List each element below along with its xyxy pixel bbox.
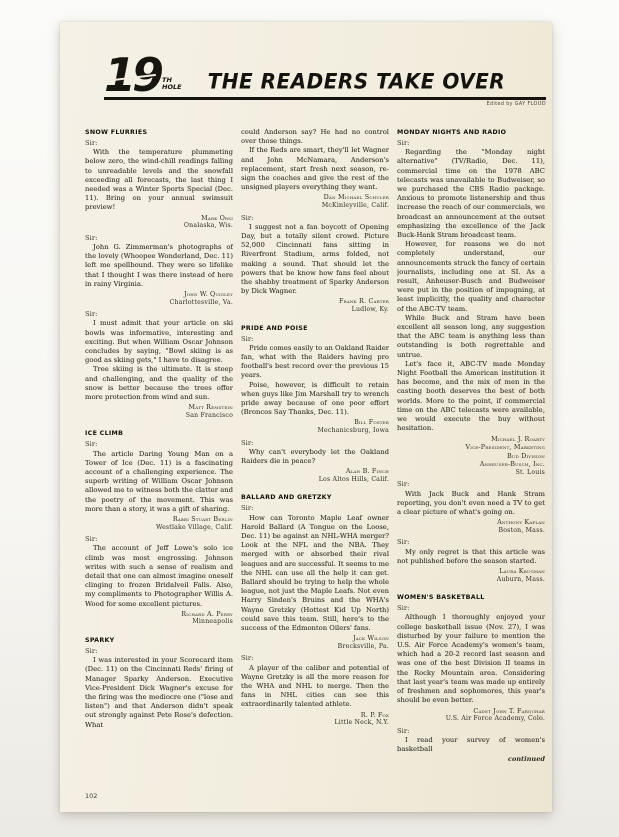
page-number: 102 [85,792,97,800]
section-heading: WOMEN'S BASKETBALL [397,594,545,601]
nineteenth-hole-logo: 19 [104,56,160,94]
letter-paragraph: My only regret is that this article was … [397,548,545,566]
signature-line: Matt Remstein [85,403,233,412]
letter-paragraph: could Anderson say? He had no control ov… [241,128,389,146]
signature: John W. QuigleyCharlottesville, Va. [85,290,233,307]
signature: Matt RemsteinSan Francisco [85,403,233,420]
letter-paragraph: With the temperature plummeting below ze… [85,148,233,212]
signature: Bill FosterMechanicsburg, Iowa [241,418,389,435]
signature-line: Jack Wilson [241,634,389,643]
signature-line: Westlake Village, Calif. [85,524,233,533]
signature-line: Bill Foster [241,418,389,427]
letter-paragraph: The article Daring Young Man on a Tower … [85,450,233,514]
section-heading: ICE CLIMB [85,430,233,437]
signature-line: Minneapolis [85,618,233,627]
editor-byline: Edited by GAY FLOOD [104,102,546,107]
signature: Michael J. RoartyVice-President, Marketi… [397,435,545,478]
signature-line: Cadet John T. Farquhar [397,707,545,716]
signature-line: John W. Quigley [85,290,233,299]
page-title: THE READERS TAKE OVER [208,69,506,92]
salutation: Sir: [85,647,233,656]
letter-paragraph: I was interested in your Scorecard item … [85,656,233,730]
signature: Rabbi Stuart BerlinWestlake Village, Cal… [85,515,233,532]
signature-line: Bud Division [397,452,545,461]
letter-paragraph: How can Toronto Maple Leaf owner Harold … [241,514,389,634]
signature-line: Los Altos Hills, Calif. [241,476,389,485]
letter-paragraph: While Buck and Stram have been excellent… [397,314,545,360]
letter-paragraph: If the Reds are smart, they'll let Wagne… [241,146,389,192]
column-3: MONDAY NIGHTS AND RADIOSir:Regarding the… [397,128,545,814]
signature: Alan B. FinchLos Altos Hills, Calif. [241,467,389,484]
salutation: Sir: [241,439,389,448]
letter-paragraph: Regarding the "Monday night alternative"… [397,148,545,240]
letter-paragraph: Although I thoroughly enjoyed your colle… [397,613,545,705]
signature-line: Anheuser-Busch, Inc. [397,460,545,469]
magazine-page: 19 TH HOLE THE READERS TAKE OVER Edited … [60,22,552,812]
signature-line: Richard A. Perry [85,610,233,619]
signature: Richard A. PerryMinneapolis [85,610,233,627]
signature: Frank R. CarterLudlow, Ky. [241,297,389,314]
signature-line: Mark Orsi [85,214,233,223]
letter-paragraph: Pride comes easily to an Oakland Raider … [241,344,389,381]
salutation: Sir: [397,139,545,148]
logo-hole-label: HOLE [162,84,182,91]
signature-line: U.S. Air Force Academy, Colo. [397,715,545,724]
letter-paragraph: I read your survey of women's basketball [397,736,545,754]
salutation: Sir: [397,727,545,736]
signature-line: Michael J. Roarty [397,435,545,444]
signature-line: Rabbi Stuart Berlin [85,515,233,524]
letter-paragraph: However, for reasons we do not completel… [397,240,545,314]
signature-line: Boston, Mass. [397,527,545,536]
signature-line: Auburn, Mass. [397,576,545,585]
signature-line: Vice-President, Marketing [397,443,545,452]
letter-paragraph: Let's face it, ABC-TV made Monday Night … [397,360,545,434]
signature-line: Dan Michael Schuler [241,193,389,202]
signature-line: Alan B. Finch [241,467,389,476]
signature: Laura KrugmanAuburn, Mass. [397,567,545,584]
signature: Jack WilsonBrecksville, Pa. [241,634,389,651]
salutation: Sir: [241,335,389,344]
signature-line: San Francisco [85,412,233,421]
salutation: Sir: [85,234,233,243]
salutation: Sir: [397,538,545,547]
masthead-logo-row: 19 TH HOLE THE READERS TAKE OVER [104,56,546,94]
signature-line: Mechanicsburg, Iowa [241,427,389,436]
letter-paragraph: I must admit that your article on ski bo… [85,319,233,365]
letter-paragraph: John G. Zimmerman's photographs of the l… [85,243,233,289]
signature: Cadet John T. FarquharU.S. Air Force Aca… [397,707,545,724]
masthead: 19 TH HOLE THE READERS TAKE OVER Edited … [104,56,546,107]
salutation: Sir: [241,214,389,223]
section-heading: PRIDE AND POISE [241,325,389,332]
salutation: Sir: [85,139,233,148]
masthead-rule [104,97,546,100]
letters-columns: SNOW FLURRIESSir:With the temperature pl… [85,128,545,814]
signature-line: Little Neck, N.Y. [241,719,389,728]
signature-line: Laura Krugman [397,567,545,576]
continued-label: continued [397,755,545,763]
letter-paragraph: I suggest not a fan boycott of Opening D… [241,223,389,297]
column-2: could Anderson say? He had no control ov… [241,128,389,814]
salutation: Sir: [397,480,545,489]
signature: Anthony KaplanBoston, Mass. [397,518,545,535]
signature-line: Anthony Kaplan [397,518,545,527]
signature: R. P. FoxLittle Neck, N.Y. [241,711,389,728]
letter-paragraph: The account of Jeff Lowe's solo ice clim… [85,544,233,608]
salutation: Sir: [241,504,389,513]
signature-line: McKinleyville, Calif. [241,202,389,211]
salutation: Sir: [241,654,389,663]
scanned-magazine-page: { "header": { "logo_number": "19", "logo… [0,0,619,837]
signature: Mark OrsiOnalaska, Wis. [85,214,233,231]
letter-paragraph: Poise, however, is difficult to retain w… [241,381,389,418]
section-heading: SPARKY [85,637,233,644]
signature-line: Brecksville, Pa. [241,643,389,652]
salutation: Sir: [85,440,233,449]
section-heading: SNOW FLURRIES [85,129,233,136]
signature-line: R. P. Fox [241,711,389,720]
signature-line: Charlottesville, Va. [85,299,233,308]
signature: Dan Michael SchulerMcKinleyville, Calif. [241,193,389,210]
logo-suffix: TH HOLE [162,77,182,91]
section-heading: BALLARD AND GRETZKY [241,494,389,501]
signature-line: Onalaska, Wis. [85,222,233,231]
letter-paragraph: Tree skiing is the ultimate. It is steep… [85,365,233,402]
letter-paragraph: A player of the caliber and potential of… [241,664,389,710]
column-1: SNOW FLURRIESSir:With the temperature pl… [85,128,233,814]
signature-line: St. Louis [397,469,545,478]
section-heading: MONDAY NIGHTS AND RADIO [397,129,545,136]
letter-paragraph: With Jack Buck and Hank Stram reporting,… [397,490,545,518]
signature-line: Ludlow, Ky. [241,306,389,315]
signature-line: Frank R. Carter [241,297,389,306]
letter-paragraph: Why can't everybody let the Oakland Raid… [241,448,389,466]
